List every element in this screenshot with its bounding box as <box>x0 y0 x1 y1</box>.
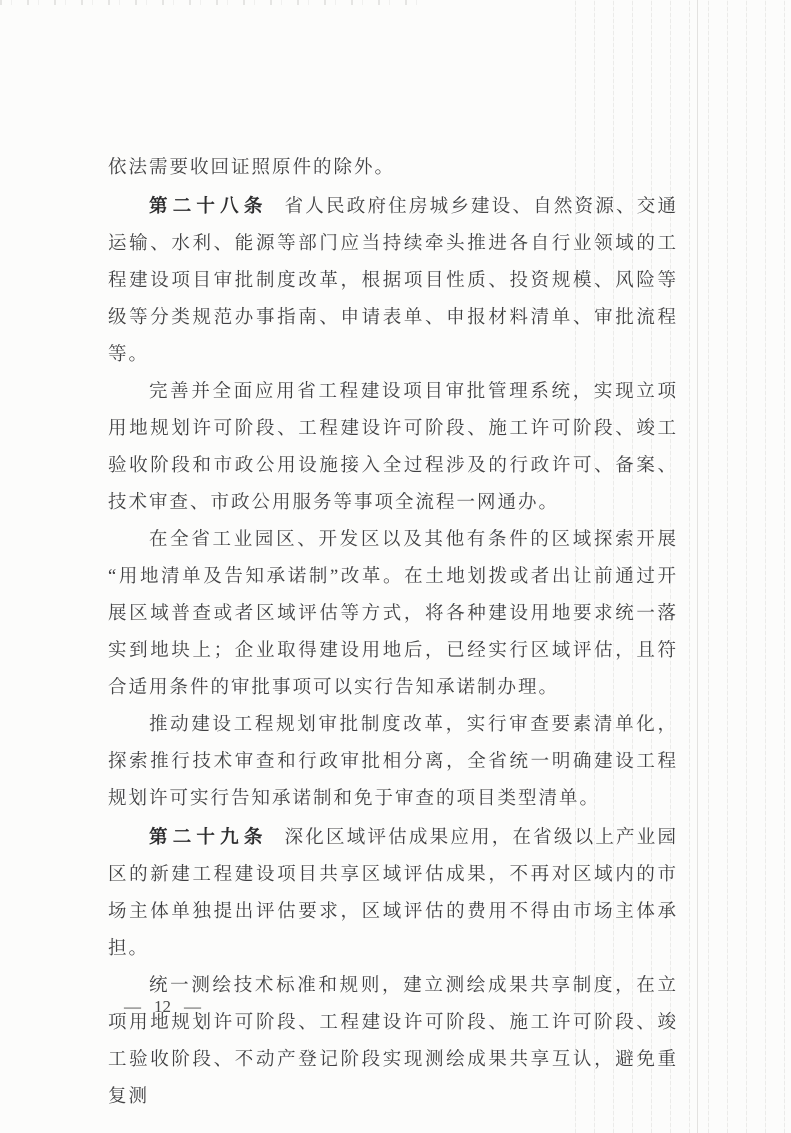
text-column: 依法需要收回证照原件的除外。第二十八条省人民政府住房城乡建设、自然资源、交通运输… <box>108 150 678 1116</box>
paragraph: 统一测绘技术标准和规则，建立测绘成果共享制度，在立项用地规划许可阶段、工程建设许… <box>108 968 678 1116</box>
paragraph-text: 省人民政府住房城乡建设、自然资源、交通运输、水利、能源等部门应当持续牵头推进各自… <box>108 197 678 365</box>
footer-dash-right: — <box>184 995 201 1019</box>
page-number: 12 <box>154 995 171 1019</box>
article-number: 第二十八条 <box>149 195 268 216</box>
article-number: 第二十九条 <box>149 826 268 847</box>
paragraph-text: 推动建设工程规划审批制度改革，实行审查要素清单化，探索推行技术审查和行政审批相分… <box>108 715 678 809</box>
paragraph: 推动建设工程规划审批制度改革，实行审查要素清单化，探索推行技术审查和行政审批相分… <box>108 707 678 818</box>
paragraph-text: 依法需要收回证照原件的除外。 <box>108 158 395 178</box>
paragraph: 在全省工业园区、开发区以及其他有条件的区域探索开展“用地清单及告知承诺制”改革。… <box>108 522 678 707</box>
paragraph: 依法需要收回证照原件的除外。 <box>108 150 678 187</box>
page-footer: — 12 — <box>124 995 201 1019</box>
paragraph-text: 完善并全面应用省工程建设项目审批管理系统，实现立项用地规划许可阶段、工程建设许可… <box>108 382 678 513</box>
paragraph: 完善并全面应用省工程建设项目审批管理系统，实现立项用地规划许可阶段、工程建设许可… <box>108 374 678 522</box>
paragraph-text: 在全省工业园区、开发区以及其他有条件的区域探索开展“用地清单及告知承诺制”改革。… <box>108 530 678 698</box>
scanned-page: 依法需要收回证照原件的除外。第二十八条省人民政府住房城乡建设、自然资源、交通运输… <box>0 0 791 1133</box>
paragraph: 第二十八条省人民政府住房城乡建设、自然资源、交通运输、水利、能源等部门应当持续牵… <box>108 187 678 374</box>
paragraph: 第二十九条深化区域评估成果应用，在省级以上产业园区的新建工程建设项目共享区域评估… <box>108 818 678 968</box>
scan-artifact-top-noise <box>0 0 430 5</box>
footer-dash-left: — <box>124 995 141 1019</box>
scan-artifact-vertical-line <box>697 0 698 1133</box>
paragraph-text: 深化区域评估成果应用，在省级以上产业园区的新建工程建设项目共享区域评估成果，不再… <box>108 828 678 959</box>
